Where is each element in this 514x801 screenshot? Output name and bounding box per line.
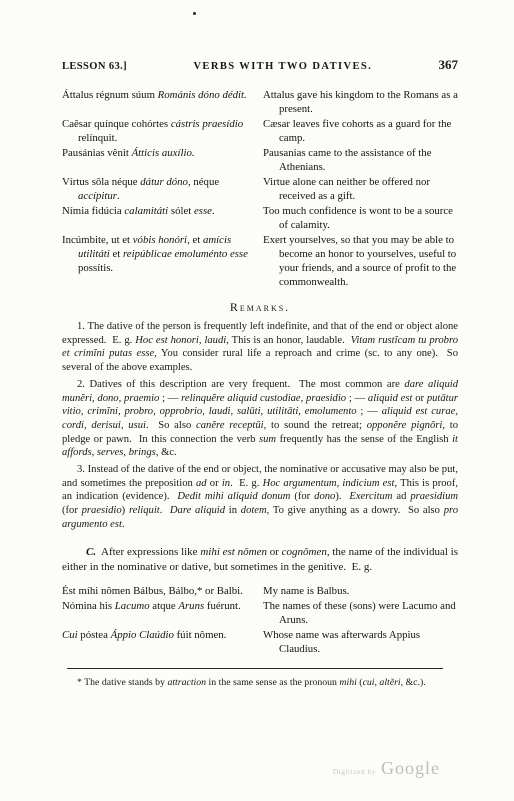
english-translation: The names of these (sons) were Lacumo an… bbox=[263, 599, 458, 627]
example-row: Caêsar quínque cohórtes cástris praesídi… bbox=[62, 117, 458, 145]
remark-paragraph-3: 3. Instead of the dative of the end or o… bbox=[62, 463, 458, 532]
english-translation: Attalus gave his kingdom to the Romans a… bbox=[263, 88, 458, 116]
example-row: Incúmbite, ut et vóbis honóri, et amícis… bbox=[62, 233, 458, 289]
book-page: LESSON 63.] VERBS WITH TWO DATIVES. 367 … bbox=[0, 0, 514, 801]
examples-section: Áttalus régnum súum Románis dóno dédit. … bbox=[62, 88, 458, 289]
ink-speck bbox=[193, 12, 196, 15]
footnote-section: * The dative stands by attraction in the… bbox=[62, 668, 450, 689]
name-example-row: Ést míhi nômen Bálbus, Bálbo,* or Balbi.… bbox=[62, 584, 458, 598]
latin-sentence: Nómina his Lacumo atque Aruns fuérunt. bbox=[62, 599, 253, 627]
google-watermark: Digitized by Google bbox=[333, 758, 440, 779]
english-translation: Pausanias came to the assistance of the … bbox=[263, 146, 458, 174]
remark-paragraph-2: 2. Datives of this description are very … bbox=[62, 378, 458, 460]
name-examples-section: Ést míhi nômen Bálbus, Bálbo,* or Balbi.… bbox=[62, 584, 458, 656]
section-c-paragraph: C. After expressions like mihi est nōmen… bbox=[62, 545, 458, 575]
english-translation: Virtue alone can neither be offered nor … bbox=[263, 175, 458, 203]
latin-sentence: Cui póstea Áppio Claúdio fúit nômen. bbox=[62, 628, 253, 656]
latin-sentence: Áttalus régnum súum Románis dóno dédit. bbox=[62, 88, 253, 116]
name-example-row: Nómina his Lacumo atque Aruns fuérunt. T… bbox=[62, 599, 458, 627]
latin-sentence: Ést míhi nômen Bálbus, Bálbo,* or Balbi. bbox=[62, 584, 253, 598]
page-number: 367 bbox=[438, 57, 458, 73]
latin-sentence: Pausánias vênit Átticis auxílio. bbox=[62, 146, 253, 174]
example-row: Pausánias vênit Átticis auxílio. Pausani… bbox=[62, 146, 458, 174]
example-row: Áttalus régnum súum Románis dóno dédit. … bbox=[62, 88, 458, 116]
page-header: LESSON 63.] VERBS WITH TWO DATIVES. 367 bbox=[62, 57, 458, 73]
latin-sentence: Incúmbite, ut et vóbis honóri, et amícis… bbox=[62, 233, 253, 289]
english-translation: My name is Balbus. bbox=[263, 584, 458, 598]
digitized-by-label: Digitized by bbox=[333, 767, 376, 776]
english-translation: Whose name was afterwards Appius Claudiu… bbox=[263, 628, 458, 656]
name-example-row: Cui póstea Áppio Claúdio fúit nômen. Who… bbox=[62, 628, 458, 656]
lesson-label: LESSON 63.] bbox=[62, 61, 127, 72]
english-translation: Exert yourselves, so that you may be abl… bbox=[263, 233, 458, 289]
google-logo: Google bbox=[381, 758, 440, 779]
example-row: Vírtus sôla néque dátur dóno, néque accí… bbox=[62, 175, 458, 203]
running-title: VERBS WITH TWO DATIVES. bbox=[193, 61, 372, 72]
english-translation: Too much confidence is wont to be a sour… bbox=[263, 204, 458, 232]
footnote-rule bbox=[67, 668, 443, 669]
latin-sentence: Caêsar quínque cohórtes cástris praesídi… bbox=[62, 117, 253, 145]
page-content: LESSON 63.] VERBS WITH TWO DATIVES. 367 … bbox=[62, 57, 458, 689]
example-row: Nímia fidúcia calamitáti sólet esse. Too… bbox=[62, 204, 458, 232]
remarks-heading: Remarks. bbox=[62, 300, 458, 315]
english-translation: Cæsar leaves five cohorts as a guard for… bbox=[263, 117, 458, 145]
latin-sentence: Nímia fidúcia calamitáti sólet esse. bbox=[62, 204, 253, 232]
remark-paragraph-1: 1. The dative of the person is frequentl… bbox=[62, 320, 458, 375]
footnote-text: * The dative stands by attraction in the… bbox=[62, 676, 450, 689]
latin-sentence: Vírtus sôla néque dátur dóno, néque accí… bbox=[62, 175, 253, 203]
